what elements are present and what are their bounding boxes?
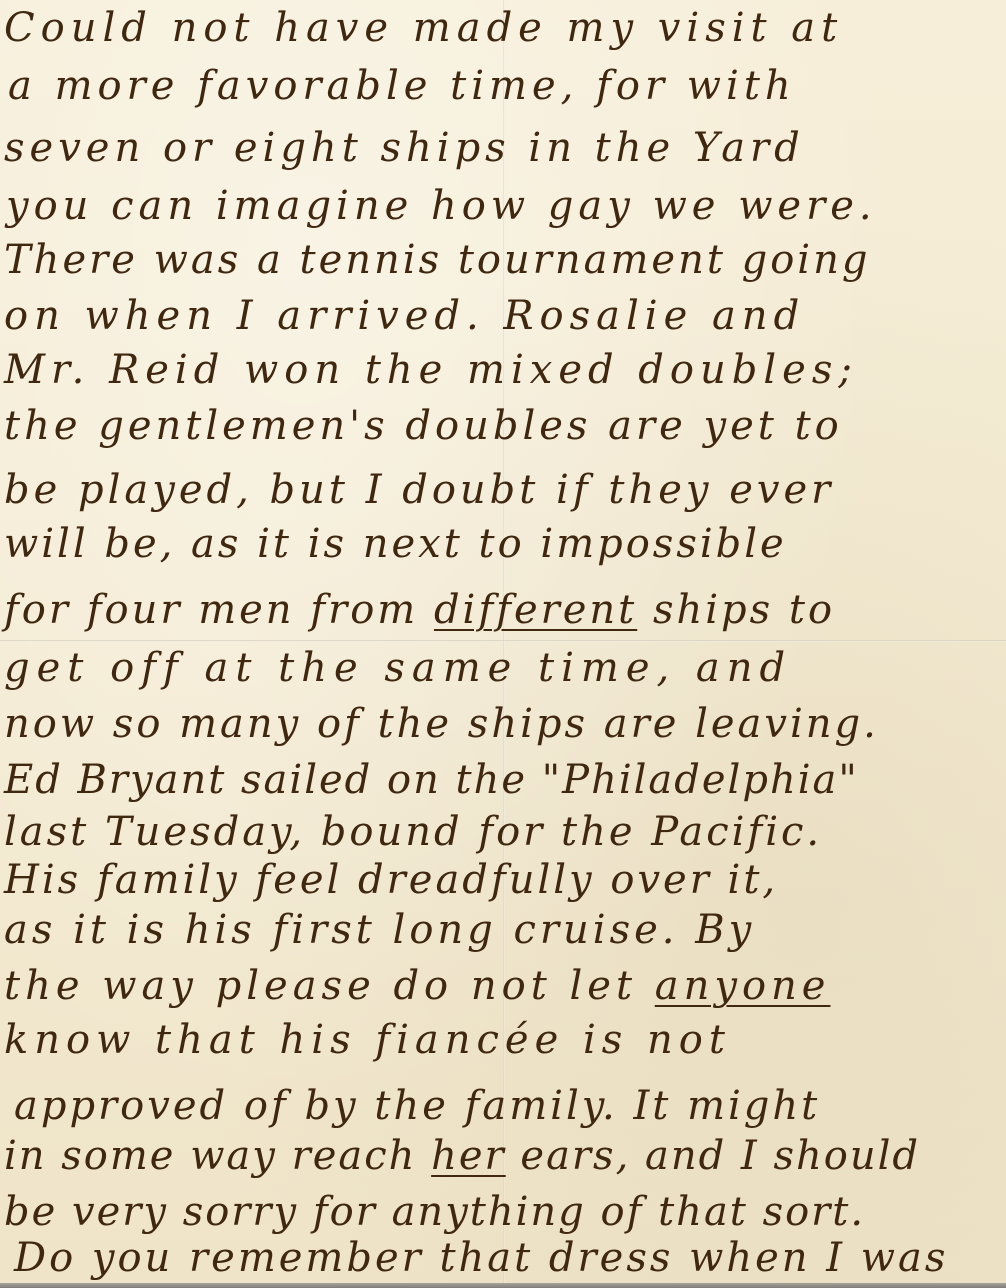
text-segment: get off at the same time, and bbox=[4, 645, 792, 691]
text-segment: be very sorry for anything of that sort. bbox=[4, 1189, 865, 1235]
text-segment: Could not have made my visit at bbox=[4, 5, 843, 51]
text-segment: His family feel dreadfully over it, bbox=[4, 857, 778, 903]
text-line: the gentlemen's doubles are yet to bbox=[4, 406, 843, 446]
text-segment: now so many of the ships are leaving. bbox=[4, 701, 879, 747]
text-segment: on when I arrived. Rosalie and bbox=[4, 293, 805, 339]
text-line: you can imagine how gay we were. bbox=[6, 186, 877, 226]
underlined-word: her bbox=[431, 1133, 506, 1179]
text-line: Ed Bryant sailed on the "Philadelphia" bbox=[4, 760, 859, 800]
text-segment: ears, and I should bbox=[506, 1133, 920, 1179]
text-segment: for four men from bbox=[4, 587, 434, 633]
underlined-word: different bbox=[434, 587, 637, 633]
text-segment: in some way reach bbox=[4, 1133, 431, 1179]
text-line: approved of by the family. It might bbox=[14, 1086, 820, 1126]
text-line: get off at the same time, and bbox=[4, 648, 792, 688]
text-segment: There was a tennis tournament going bbox=[4, 237, 870, 283]
text-line: His family feel dreadfully over it, bbox=[4, 860, 778, 900]
text-segment: will be, as it is next to impossible bbox=[4, 521, 787, 567]
underlined-word: anyone bbox=[655, 963, 831, 1009]
text-line: now so many of the ships are leaving. bbox=[4, 704, 879, 744]
text-line: There was a tennis tournament going bbox=[4, 240, 870, 280]
text-line: Could not have made my visit at bbox=[4, 8, 843, 48]
text-line: a more favorable time, for with bbox=[8, 66, 796, 106]
text-line: in some way reach her ears, and I should bbox=[4, 1136, 920, 1176]
text-line: will be, as it is next to impossible bbox=[4, 524, 787, 564]
text-segment: a more favorable time, for with bbox=[8, 63, 796, 109]
text-line: the way please do not let anyone bbox=[4, 966, 830, 1006]
text-segment: Do you remember that dress when I was bbox=[14, 1235, 948, 1281]
text-segment: approved of by the family. It might bbox=[14, 1083, 820, 1129]
text-line: seven or eight ships in the Yard bbox=[4, 128, 805, 168]
text-segment: be played, but I doubt if they ever bbox=[4, 467, 834, 513]
text-line: last Tuesday, bound for the Pacific. bbox=[4, 812, 822, 852]
text-segment: Mr. Reid won the mixed doubles; bbox=[4, 347, 858, 393]
text-line: know that his fiancée is not bbox=[4, 1020, 731, 1060]
text-segment: you can imagine how gay we were. bbox=[6, 183, 877, 229]
scan-bottom-edge bbox=[0, 1283, 1006, 1288]
text-segment: Ed Bryant sailed on the "Philadelphia" bbox=[4, 757, 859, 803]
text-line: as it is his first long cruise. By bbox=[4, 910, 755, 950]
text-segment: as it is his first long cruise. By bbox=[4, 907, 755, 953]
text-segment: know that his fiancée is not bbox=[4, 1017, 731, 1063]
text-line: be played, but I doubt if they ever bbox=[4, 470, 834, 510]
text-line: Mr. Reid won the mixed doubles; bbox=[4, 350, 858, 390]
text-segment: the way please do not let bbox=[4, 963, 655, 1009]
text-segment: last Tuesday, bound for the Pacific. bbox=[4, 809, 822, 855]
text-line: on when I arrived. Rosalie and bbox=[4, 296, 805, 336]
letter-page: Could not have made my visit at a more f… bbox=[0, 0, 1006, 1283]
text-line: be very sorry for anything of that sort. bbox=[4, 1192, 865, 1232]
text-segment: ships to bbox=[637, 587, 835, 633]
text-segment: the gentlemen's doubles are yet to bbox=[4, 403, 843, 449]
text-line: Do you remember that dress when I was bbox=[14, 1238, 948, 1278]
text-line: for four men from different ships to bbox=[4, 590, 835, 630]
text-segment: seven or eight ships in the Yard bbox=[4, 125, 805, 171]
